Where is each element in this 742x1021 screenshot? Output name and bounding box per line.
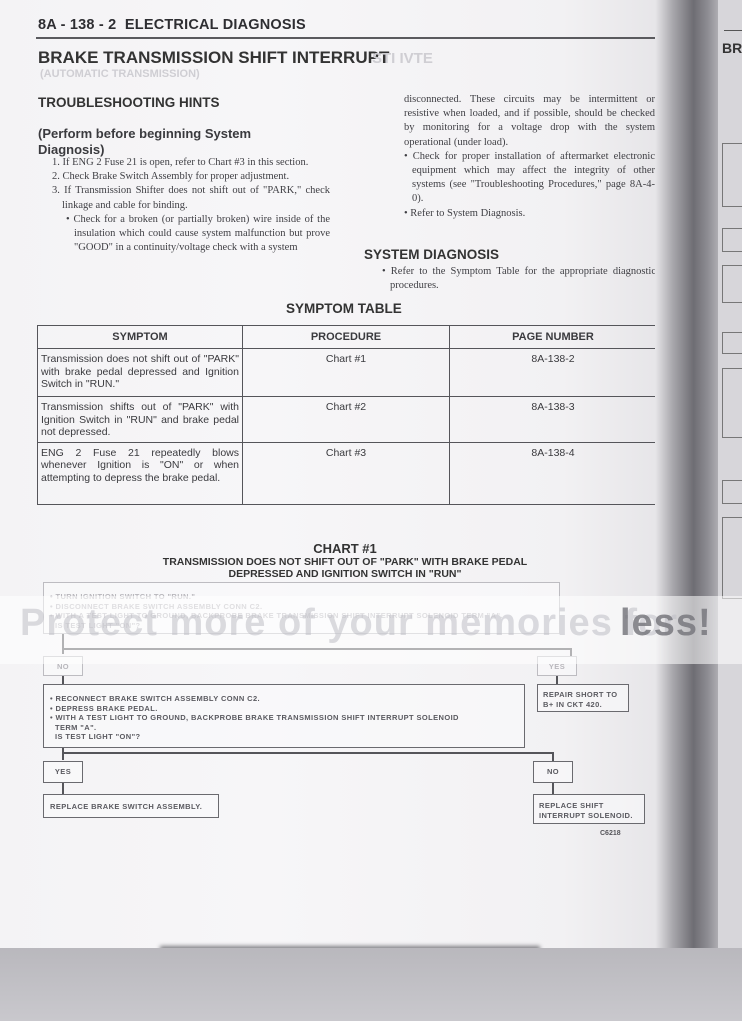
hint-sub-bullet-continued: disconnected. These circuits may be inte… bbox=[400, 93, 655, 150]
table-row: ENG 2 Fuse 21 repeatedly blows whenever … bbox=[38, 442, 657, 504]
hint-item: 2. Check Brake Switch Assembly for prope… bbox=[48, 170, 330, 184]
flow-connector bbox=[556, 676, 558, 684]
procedure-cell: Chart #2 bbox=[243, 397, 450, 443]
symptom-table: SYMPTOM PROCEDURE PAGE NUMBER Transmissi… bbox=[37, 325, 657, 505]
facing-page-box bbox=[722, 265, 742, 303]
hint-item: 3. If Transmission Shifter does not shif… bbox=[48, 184, 330, 212]
flow-connector bbox=[62, 752, 552, 754]
watermark-tail: less! bbox=[620, 602, 712, 645]
chart-subtitle-line1: TRANSMISSION DOES NOT SHIFT OUT OF "PARK… bbox=[120, 556, 570, 568]
flow-connector bbox=[62, 748, 64, 760]
step-line: IS TEST LIGHT "ON"? bbox=[50, 732, 524, 742]
procedure-cell: Chart #3 bbox=[243, 442, 450, 504]
step-line: • DEPRESS BRAKE PEDAL. bbox=[50, 704, 524, 714]
replace-solenoid-box: REPLACE SHIFT INTERRUPT SOLENOID. bbox=[533, 794, 645, 824]
column-header: PROCEDURE bbox=[243, 326, 450, 349]
hint-sub-bullet: • Refer to System Diagnosis. bbox=[400, 207, 655, 221]
replace-brake-switch-box: REPLACE BRAKE SWITCH ASSEMBLY. bbox=[43, 794, 219, 818]
figure-code: C6218 bbox=[600, 830, 621, 837]
facing-page-box bbox=[722, 332, 742, 354]
page-number-cell: 8A-138-3 bbox=[450, 397, 657, 443]
facing-page-box bbox=[722, 228, 742, 252]
page-title: BRAKE TRANSMISSION SHIFT INTERRUPT bbox=[38, 48, 389, 68]
flow-connector bbox=[62, 676, 64, 684]
header-rule bbox=[36, 37, 658, 39]
page-number-cell: 8A-138-2 bbox=[450, 349, 657, 397]
facing-page: BR bbox=[718, 0, 742, 948]
background-surface bbox=[0, 948, 742, 1021]
bleed-through-title: STI IVTE bbox=[372, 50, 433, 67]
troubleshooting-list-continued: disconnected. These circuits may be inte… bbox=[400, 93, 655, 221]
chart-title: CHART #1 bbox=[120, 541, 570, 556]
page-header: 8A - 138 - 2 ELECTRICAL DIAGNOSIS bbox=[38, 17, 306, 33]
column-header: PAGE NUMBER bbox=[450, 326, 657, 349]
procedure-cell: Chart #1 bbox=[243, 349, 450, 397]
bleed-through-subtitle: (AUTOMATIC TRANSMISSION) bbox=[40, 68, 200, 80]
system-diagnosis-heading: SYSTEM DIAGNOSIS bbox=[364, 247, 499, 262]
watermark-banner: Protect more of your memories for less! bbox=[0, 596, 742, 664]
troubleshooting-heading: TROUBLESHOOTING HINTS bbox=[38, 95, 220, 110]
no-branch-label-2: NO bbox=[533, 761, 573, 783]
facing-page-box bbox=[722, 480, 742, 504]
flowchart-step-2: • RECONNECT BRAKE SWITCH ASSEMBLY CONN C… bbox=[43, 684, 525, 748]
repair-short-box: REPAIR SHORT TO B+ IN CKT 420. bbox=[537, 684, 629, 712]
hint-item: 1. If ENG 2 Fuse 21 is open, refer to Ch… bbox=[48, 156, 330, 170]
troubleshooting-subheading: (Perform before beginning System Diagnos… bbox=[38, 126, 298, 158]
facing-page-box bbox=[722, 368, 742, 438]
yes-branch-label-2: YES bbox=[43, 761, 83, 783]
hint-sub-bullet: • Check for proper installation of after… bbox=[400, 150, 655, 207]
manual-page: 8A - 138 - 2 ELECTRICAL DIAGNOSIS BRAKE … bbox=[0, 0, 662, 948]
step-line: TERM "A". bbox=[50, 723, 524, 733]
table-row: Transmission shifts out of "PARK" with I… bbox=[38, 397, 657, 443]
book-gutter bbox=[655, 0, 725, 948]
facing-page-title: BR bbox=[722, 40, 742, 56]
column-header: SYMPTOM bbox=[38, 326, 243, 349]
table-row: Transmission does not shift out of "PARK… bbox=[38, 349, 657, 397]
facing-page-rule bbox=[724, 30, 742, 31]
troubleshooting-list: 1. If ENG 2 Fuse 21 is open, refer to Ch… bbox=[48, 156, 330, 255]
symptom-cell: Transmission shifts out of "PARK" with I… bbox=[38, 397, 243, 443]
step-line: • WITH A TEST LIGHT TO GROUND, BACKPROBE… bbox=[50, 713, 524, 723]
chart-subtitle-line2: DEPRESSED AND IGNITION SWITCH IN "RUN" bbox=[120, 568, 570, 580]
step-line: • RECONNECT BRAKE SWITCH ASSEMBLY CONN C… bbox=[50, 694, 524, 704]
page-reference: 8A - 138 - 2 bbox=[38, 17, 116, 33]
section-name: ELECTRICAL DIAGNOSIS bbox=[125, 17, 306, 33]
symptom-cell: ENG 2 Fuse 21 repeatedly blows whenever … bbox=[38, 442, 243, 504]
symptom-table-heading: SYMPTOM TABLE bbox=[286, 301, 402, 316]
facing-page-box bbox=[722, 517, 742, 599]
symptom-cell: Transmission does not shift out of "PARK… bbox=[38, 349, 243, 397]
system-diagnosis-bullet: • Refer to the Symptom Table for the app… bbox=[378, 265, 656, 293]
page-number-cell: 8A-138-4 bbox=[450, 442, 657, 504]
table-header-row: SYMPTOM PROCEDURE PAGE NUMBER bbox=[38, 326, 657, 349]
watermark-text: Protect more of your memories for bbox=[20, 602, 678, 645]
hint-sub-bullet: • Check for a broken (or partially broke… bbox=[48, 213, 330, 256]
system-diagnosis-text: • Refer to the Symptom Table for the app… bbox=[378, 265, 656, 293]
facing-page-box bbox=[722, 143, 742, 207]
